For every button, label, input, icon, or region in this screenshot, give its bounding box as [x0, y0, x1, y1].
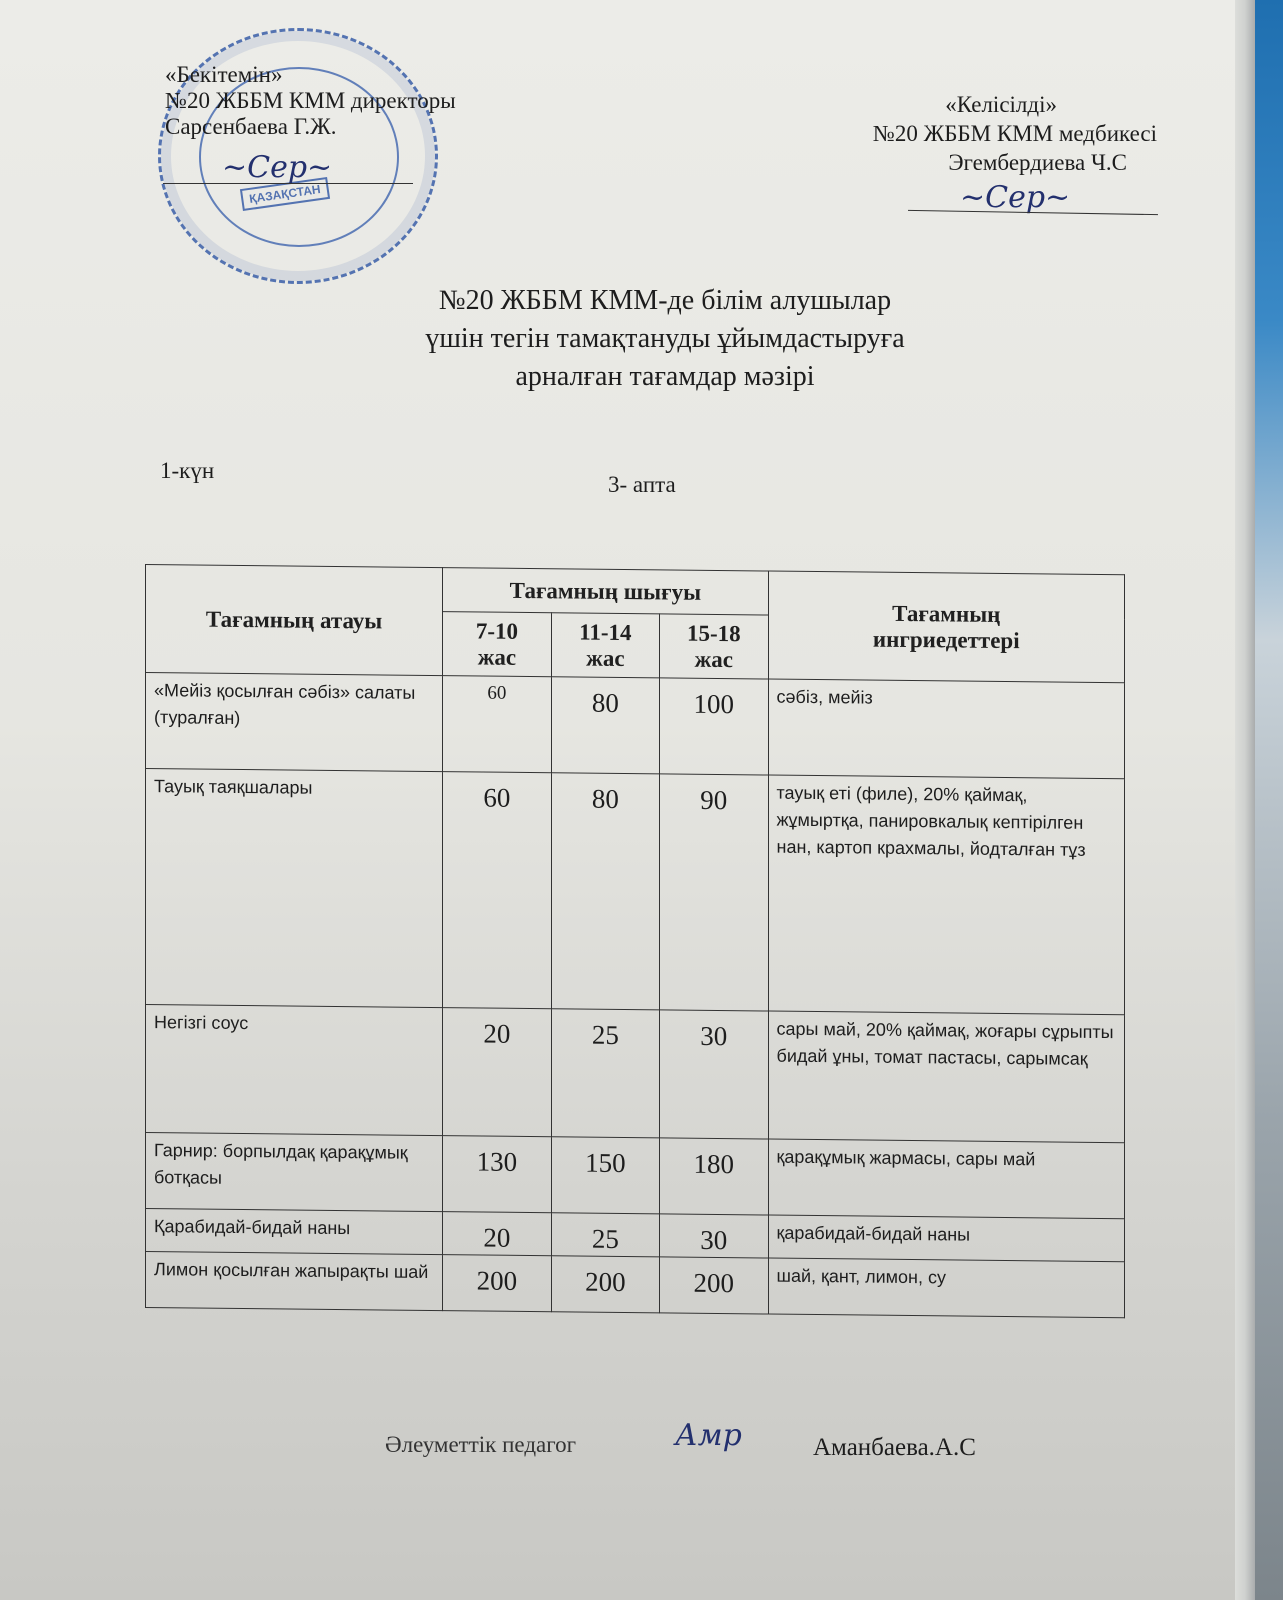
director-signature-line [163, 183, 413, 184]
pedagog-signature-icon: Амр [675, 1418, 742, 1453]
document-page: ҚАЗАҚСТАН «Бекітемін» №20 ЖББМ КММ дирек… [0, 0, 1235, 1600]
header-ingredients: Тағамның ингриедеттері [768, 571, 1124, 683]
dish-name-cell: Гарнир: борпылдақ қарақұмық ботқасы [146, 1133, 443, 1212]
menu-table: Тағамның атауы Тағамның шығуы Тағамның и… [145, 564, 1125, 1318]
header-dish-name: Тағамның атауы [146, 565, 443, 676]
portion-cell: 60 [443, 772, 551, 1009]
portion-cell: 25 [551, 1009, 659, 1138]
table-row: Негізгі соус202530сары май, 20% қаймақ, … [146, 1005, 1125, 1143]
approval-block: «Бекітемін» №20 ЖББМ КММ директоры Сарсе… [165, 62, 456, 140]
ingredients-cell: тауық еті (филе), 20% қаймақ, жұмыртқа, … [768, 775, 1124, 1015]
director-signature-icon: ~Сер~ [222, 150, 332, 185]
approval-heading: «Бекітемін» [165, 62, 456, 88]
agreement-person: Эгембердиева Ч.С [795, 148, 1157, 177]
header-age-11-14: 11-14 жас [551, 613, 659, 678]
portion-cell: 200 [443, 1255, 551, 1312]
day-label: 1-күн [160, 458, 214, 484]
nurse-signature-icon: ~Сер~ [960, 180, 1070, 215]
portion-cell: 130 [443, 1136, 551, 1213]
header-age-15-18: 15-18 жас [660, 614, 768, 679]
portion-cell: 60 [443, 676, 551, 773]
portion-cell: 25 [551, 1213, 659, 1257]
approval-person: Сарсенбаева Г.Ж. [165, 114, 456, 140]
week-label: 3- апта [608, 472, 676, 498]
portion-cell: 20 [443, 1008, 551, 1137]
agreement-block: «Келісілді» №20 ЖББМ КММ медбикесі Эгемб… [795, 90, 1157, 177]
ingredients-cell: шай, қант, лимон, су [768, 1258, 1124, 1318]
table-row: Гарнир: борпылдақ қарақұмық ботқасы13015… [146, 1133, 1125, 1219]
dish-name-cell: «Мейіз қосылған сәбіз» салаты (туралған) [146, 673, 443, 772]
agreement-org: №20 ЖББМ КММ медбикесі [795, 119, 1157, 148]
title-line-2: үшін тегін тамақтануды ұйымдастыруға [300, 320, 1030, 358]
portion-cell: 200 [551, 1256, 659, 1313]
table-row: Тауық таяқшалары608090тауық еті (филе), … [146, 769, 1125, 1015]
portion-cell: 30 [660, 1214, 768, 1258]
dish-name-cell: Негізгі соус [146, 1005, 443, 1136]
portion-cell: 90 [660, 774, 768, 1011]
title-line-1: №20 ЖББМ КММ-де білім алушылар [300, 282, 1030, 320]
title-line-3: арналған тағамдар мәзірі [300, 358, 1030, 396]
ingredients-cell: қарабидай-бидай наны [768, 1215, 1124, 1262]
footer-person: Аманбаева.А.С [813, 1434, 976, 1462]
footer-signoff: Әлеуметтік педагог Амр Аманбаева.А.С [385, 1432, 576, 1458]
dish-name-cell: Қарабидай-бидай наны [146, 1209, 443, 1255]
ingredients-cell: сары май, 20% қаймақ, жоғары сұрыпты бид… [768, 1011, 1124, 1143]
header-age-7-10: 7-10 жас [443, 612, 551, 677]
document-title: №20 ЖББМ КММ-де білім алушылар үшін тегі… [300, 282, 1030, 396]
portion-cell: 150 [551, 1137, 659, 1214]
portion-cell: 200 [660, 1257, 768, 1314]
footer-role: Әлеуметтік педагог [385, 1432, 576, 1457]
portion-cell: 30 [660, 1010, 768, 1139]
dish-name-cell: Лимон қосылған жапырақты шай [146, 1252, 443, 1311]
table-row: «Мейіз қосылған сәбіз» салаты (туралған)… [146, 673, 1125, 779]
ingredients-cell: сәбіз, мейіз [768, 679, 1124, 779]
agreement-heading: «Келісілді» [795, 90, 1157, 119]
ingredients-cell: қарақұмық жармасы, сары май [768, 1139, 1124, 1219]
approval-org: №20 ЖББМ КММ директоры [165, 88, 456, 114]
dish-name-cell: Тауық таяқшалары [146, 769, 443, 1008]
portion-cell: 100 [660, 678, 768, 775]
portion-cell: 180 [660, 1138, 768, 1215]
table-row: Лимон қосылған жапырақты шай200200200шай… [146, 1252, 1125, 1318]
portion-cell: 80 [551, 773, 659, 1010]
portion-cell: 80 [551, 677, 659, 774]
header-output: Тағамның шығуы [443, 568, 768, 615]
portion-cell: 20 [443, 1212, 551, 1256]
